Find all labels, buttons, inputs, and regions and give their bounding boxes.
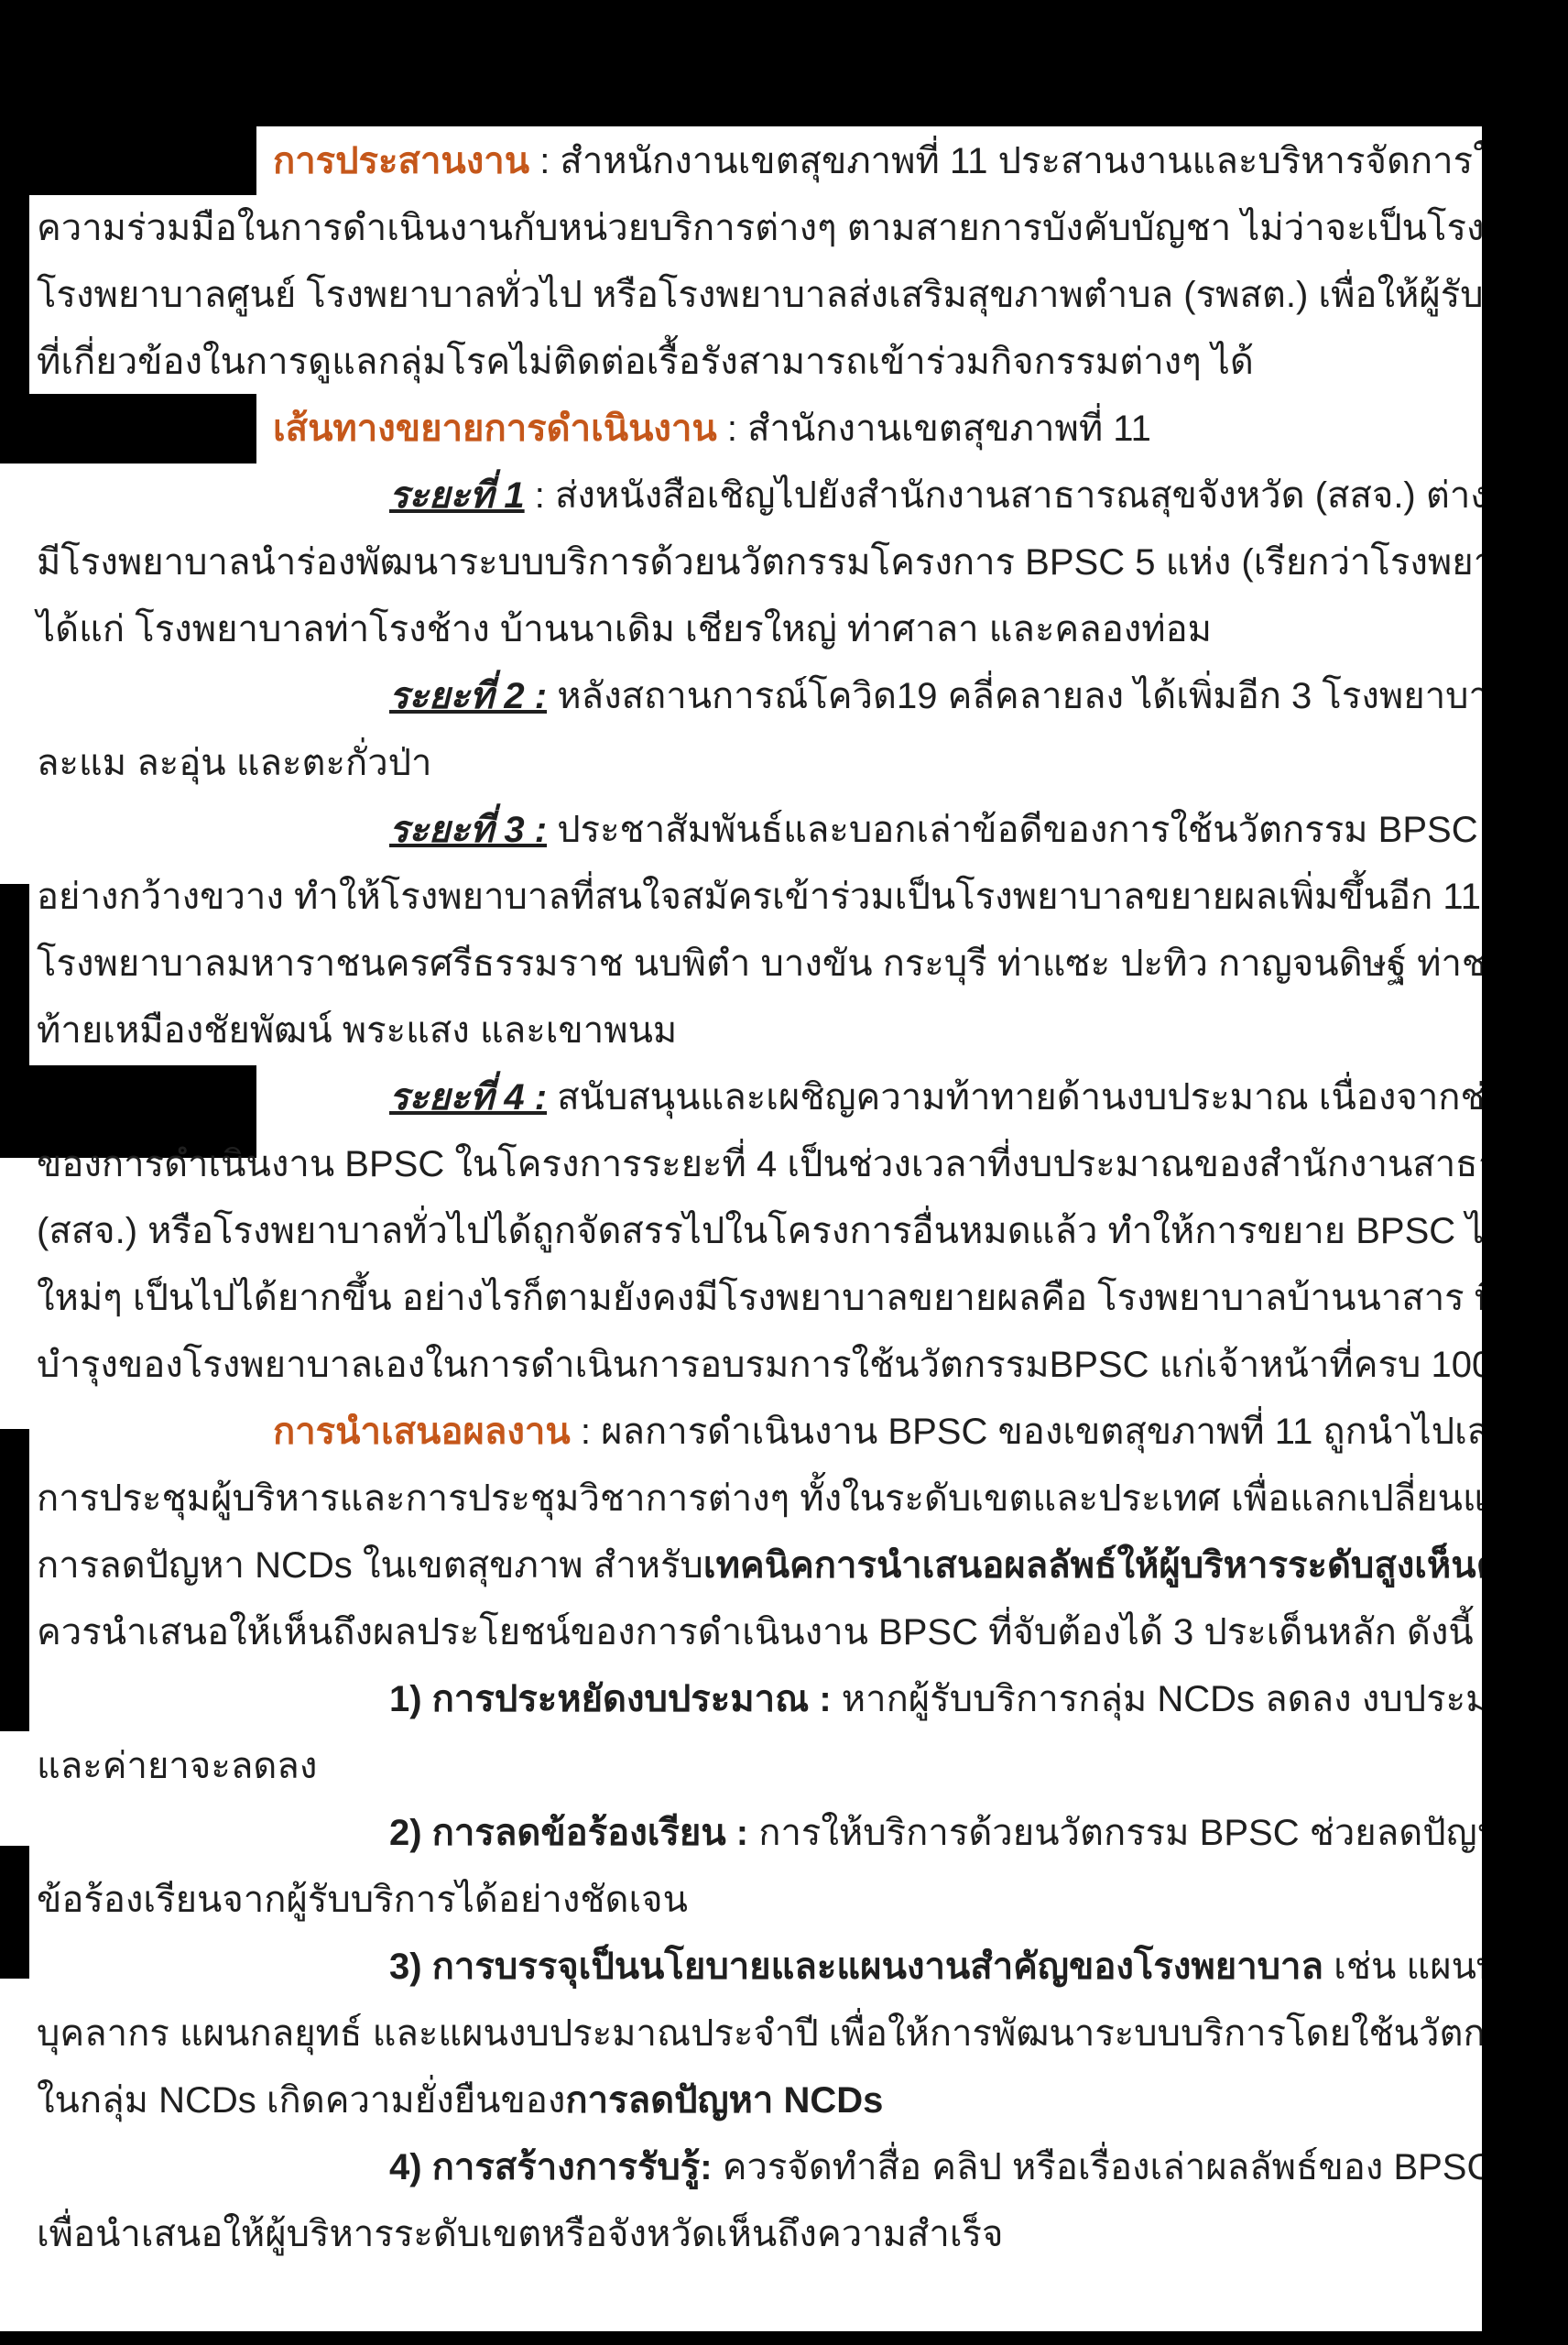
doc-line-20: การนำเสนอผลงาน : ผลการดำเนินงาน BPSC ของ… [29,1399,1482,1466]
line-text: ประชาสัมพันธ์และบอกเล่าข้อดีของการใช้นวั… [557,810,1477,850]
line-text: และค่ายาจะลดลง [37,1746,317,1786]
doc-line-24: 1) การประหยัดงบประมาณ : หากผู้รับบริการก… [29,1666,1482,1733]
doc-line-22: การลดปัญหา NCDs ในเขตสุขภาพ สำหรับเทคนิค… [29,1532,1482,1599]
line-text: การประชุมผู้บริหารและการประชุมวิชาการต่า… [37,1478,1482,1519]
emphasis-technique-text: เทคนิคการนำเสนอผลลัพธ์ให้ผู้บริหารระดับส… [703,1545,1482,1586]
doc-line-11: ระยะที่ 3 : ประชาสัมพันธ์และบอกเล่าข้อดี… [29,797,1482,864]
doc-line-10: ละแม ละอุ่น และตะกั่วป่า [29,730,1482,797]
doc-line-32: เพื่อนำเสนอให้ผู้บริหารระดับเขตหรือจังหว… [29,2201,1482,2268]
line-text: สนับสนุนและเผชิญความท้าทายด้านงบประมาณ เ… [557,1077,1482,1118]
line-text: หากผู้รับบริการกลุ่ม NCDs ลดลง งบประมาณท… [832,1679,1482,1719]
line-text: มีโรงพยาบาลนำร่องพัฒนาระบบบริการด้วยนวัต… [37,542,1482,583]
doc-line-16: ของการดำเนินงาน BPSC ในโครงการระยะที่ 4 … [29,1131,1482,1198]
line-text: บำรุงของโรงพยาบาลเองในการดำเนินการอบรมกา… [37,1345,1482,1385]
heading-separator: : [571,1412,601,1452]
phase-4-label: ระยะที่ 4 : [389,1077,547,1118]
line-text: ความร่วมมือในการดำเนินงานกับหน่วยบริการต… [37,208,1482,248]
line-text: ท้ายเหมืองชัยพัฒน์ พระแสง และเขาพนม [37,1010,677,1051]
item-4-label: 4) การสร้างการรับรู้: [389,2147,713,2187]
section-heading-expansion-path: เส้นทางขยายการดำเนินงาน [273,409,717,449]
line-text: หลังสถานการณ์โควิด19 คลี่คลายลง ได้เพิ่ม… [557,676,1482,716]
line-text: สำหนักงานเขตสุขภาพที่ 11 ประสานงานและบริ… [560,141,1482,181]
document-canvas: การประสานงาน : สำหนักงานเขตสุขภาพที่ 11 … [0,0,1568,2345]
line-text: โรงพยาบาลศูนย์ โรงพยาบาลทั่วไป หรือโรงพย… [37,275,1482,315]
line-text: เพื่อนำเสนอให้ผู้บริหารระดับเขตหรือจังหว… [37,2214,1003,2254]
doc-line-03: โรงพยาบาลศูนย์ โรงพยาบาลทั่วไป หรือโรงพย… [29,262,1482,329]
emphasis-ncd-reduction: การลดปัญหา NCDs [565,2080,883,2121]
doc-line-07: มีโรงพยาบาลนำร่องพัฒนาระบบบริการด้วยนวัต… [29,529,1482,596]
doc-line-18: ใหม่ๆ เป็นไปได้ยากขึ้น อย่างไรก็ตามยังคง… [29,1265,1482,1332]
phase-separator [547,810,557,850]
doc-line-15: ระยะที่ 4 : สนับสนุนและเผชิญความท้าทายด้… [29,1064,1482,1131]
phase-separator [547,676,557,716]
heading-separator: : [529,141,560,181]
page-left-edge-sliver [0,1731,29,1846]
section-heading-coordination: การประสานงาน [273,141,529,181]
line-text: ข้อร้องเรียนจากผู้รับบริการได้อย่างชัดเจ… [37,1880,688,1920]
item-2-label: 2) การลดข้อร้องเรียน : [389,1813,748,1853]
phase-1-label: ระยะที่ 1 [389,475,525,516]
line-text: (สสจ.) หรือโรงพยาบาลทั่วไปได้ถูกจัดสรรไป… [37,1211,1482,1251]
line-text: อย่างกว้างขวาง ทำให้โรงพยาบาลที่สนใจสมัค… [37,877,1482,917]
line-text: ควรนำเสนอให้เห็นถึงผลประโยชน์ของการดำเนิ… [37,1612,1474,1652]
doc-line-01: การประสานงาน : สำหนักงานเขตสุขภาพที่ 11 … [29,128,1482,195]
line-text: ในกลุ่ม NCDs เกิดความยั่งยืนของ [37,2080,565,2121]
line-text: สำนักงานเขตสุขภาพที่ 11 [747,409,1151,449]
line-text: ของการดำเนินงาน BPSC ในโครงการระยะที่ 4 … [37,1144,1482,1184]
line-text: การให้บริการด้วยนวัตกรรม BPSC ช่วยลดปัญห… [748,1813,1482,1853]
phase-2-label: ระยะที่ 2 : [389,676,547,716]
doc-line-29: บุคลากร แผนกลยุทธ์ และแผนงบประมาณประจำปี… [29,2001,1482,2067]
doc-line-04: ที่เกี่ยวข้องในการดูแลกลุ่มโรคไม่ติดต่อเ… [29,329,1482,396]
item-1-label: 1) การประหยัดงบประมาณ : [389,1679,832,1719]
line-text: ละแม ละอุ่น และตะกั่วป่า [37,743,432,783]
doc-line-12: อย่างกว้างขวาง ทำให้โรงพยาบาลที่สนใจสมัค… [29,864,1482,931]
doc-line-19: บำรุงของโรงพยาบาลเองในการดำเนินการอบรมกา… [29,1332,1482,1399]
line-text: เช่น แผนพัฒนา [1323,1947,1482,1987]
line-text: บุคลากร แผนกลยุทธ์ และแผนงบประมาณประจำปี… [37,2013,1482,2054]
phase-separator [547,1077,557,1118]
line-text: ที่เกี่ยวข้องในการดูแลกลุ่มโรคไม่ติดต่อเ… [37,342,1254,382]
line-text: ควรจัดทำสื่อ คลิป หรือเรื่องเล่าผลลัพธ์ข… [713,2147,1482,2187]
doc-line-31: 4) การสร้างการรับรู้: ควรจัดทำสื่อ คลิป … [29,2134,1482,2201]
doc-line-25: และค่ายาจะลดลง [29,1733,1482,1800]
doc-line-09: ระยะที่ 2 : หลังสถานการณ์โควิด19 คลี่คลา… [29,663,1482,730]
doc-line-05: เส้นทางขยายการดำเนินงาน : สำนักงานเขตสุข… [29,396,1482,463]
doc-line-08: ได้แก่ โรงพยาบาลท่าโรงช้าง บ้านนาเดิม เช… [29,596,1482,663]
doc-line-28: 3) การบรรจุเป็นนโยบายและแผนงานสำคัญของโร… [29,1934,1482,2001]
page-left-edge-sliver [0,464,29,884]
doc-line-13: โรงพยาบาลมหาราชนครศรีธรรมราช นบพิตำ บางข… [29,931,1482,998]
line-text: การลดปัญหา NCDs ในเขตสุขภาพ สำหรับ [37,1545,703,1586]
heading-separator: : [717,409,747,449]
doc-line-02: ความร่วมมือในการดำเนินงานกับหน่วยบริการต… [29,195,1482,262]
phase-separator: : [525,475,555,516]
line-text: ผลการดำเนินงาน BPSC ของเขตสุขภาพที่ 11 ถ… [601,1412,1482,1452]
doc-line-17: (สสจ.) หรือโรงพยาบาลทั่วไปได้ถูกจัดสรรไป… [29,1198,1482,1265]
page-left-edge-sliver [0,1979,29,2331]
line-text: ได้แก่ โรงพยาบาลท่าโรงช้าง บ้านนาเดิม เช… [37,609,1212,649]
doc-line-23: ควรนำเสนอให้เห็นถึงผลประโยชน์ของการดำเนิ… [29,1599,1482,1666]
phase-3-label: ระยะที่ 3 : [389,810,547,850]
item-3-label: 3) การบรรจุเป็นนโยบายและแผนงานสำคัญของโร… [389,1947,1323,1987]
doc-line-30: ในกลุ่ม NCDs เกิดความยั่งยืนของการลดปัญห… [29,2067,1482,2134]
doc-line-27: ข้อร้องเรียนจากผู้รับบริการได้อย่างชัดเจ… [29,1867,1482,1934]
section-heading-presentation: การนำเสนอผลงาน [273,1412,571,1452]
doc-line-26: 2) การลดข้อร้องเรียน : การให้บริการด้วยน… [29,1800,1482,1867]
doc-line-14: ท้ายเหมืองชัยพัฒน์ พระแสง และเขาพนม [29,998,1482,1064]
line-text: โรงพยาบาลมหาราชนครศรีธรรมราช นบพิตำ บางข… [37,943,1482,984]
line-text: ส่งหนังสือเชิญไปยังสำนักงานสาธารณสุขจังห… [555,475,1482,516]
document-text: การประสานงาน : สำหนักงานเขตสุขภาพที่ 11 … [29,128,1482,2268]
page-left-edge-sliver [0,1158,29,1429]
doc-line-21: การประชุมผู้บริหารและการประชุมวิชาการต่า… [29,1466,1482,1532]
doc-line-06: ระยะที่ 1 : ส่งหนังสือเชิญไปยังสำนักงานส… [29,463,1482,529]
line-text: ใหม่ๆ เป็นไปได้ยากขึ้น อย่างไรก็ตามยังคง… [37,1278,1482,1318]
